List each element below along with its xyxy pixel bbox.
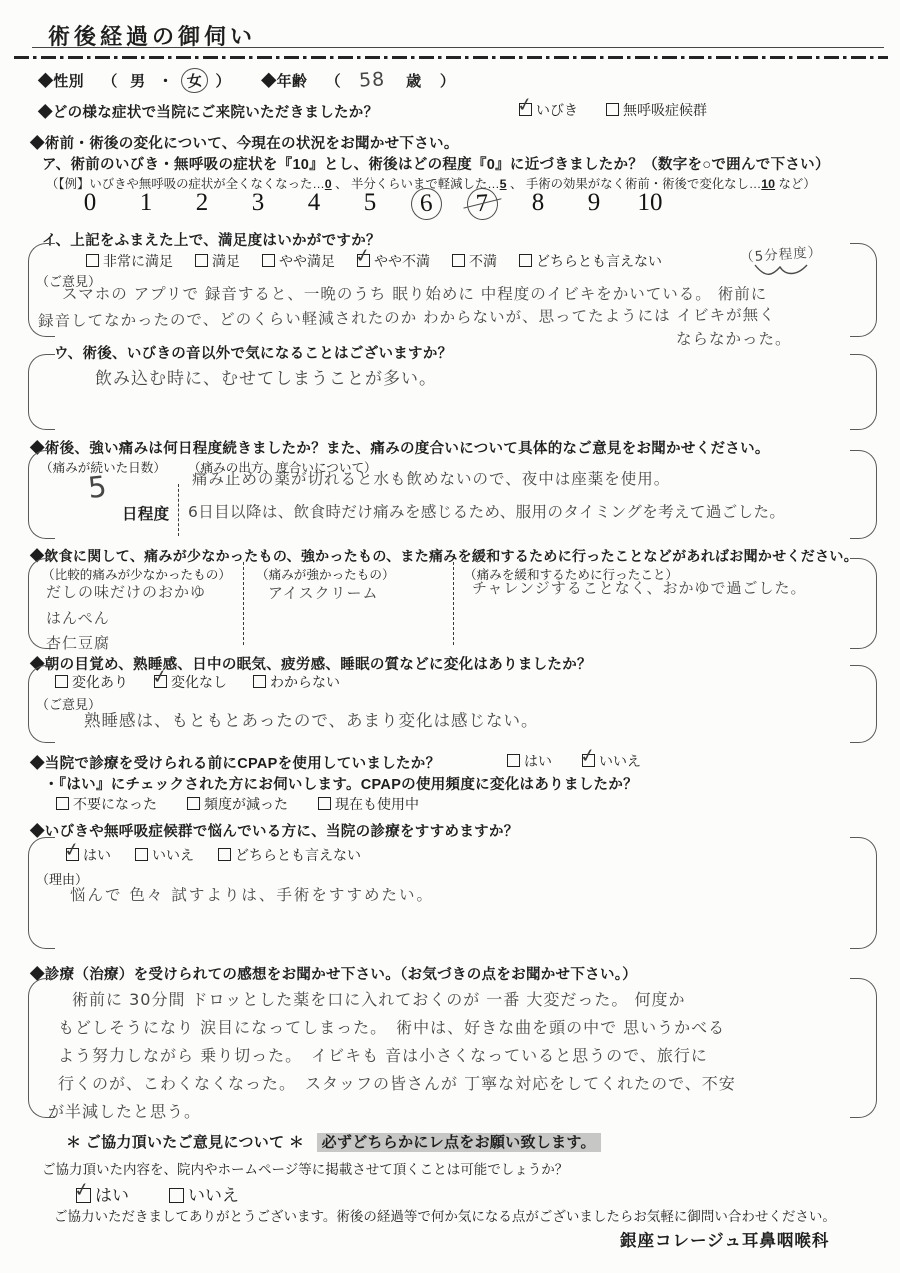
consent-note: ＊ ご協力頂いたご意見について ＊ 必ずどちらかにレ点をお願い致します。 <box>66 1131 601 1152</box>
handwritten-line: だしの味だけのおかゆ <box>46 580 206 606</box>
checkbox-label: やや不満 <box>374 253 430 269</box>
checkbox-label: 変化あり <box>72 674 128 690</box>
gender-label: ◆性別 <box>38 73 84 90</box>
checkbox-label: わからない <box>270 674 340 690</box>
eating-col3-entry: チャレンジすることなく、おかゆで過ごした。 <box>472 577 807 598</box>
checkbox-icon[interactable] <box>135 848 148 861</box>
scale-number[interactable]: 8 <box>510 189 566 219</box>
checkbox-icon[interactable] <box>169 1188 184 1203</box>
scale-number[interactable]: 6 <box>398 189 454 219</box>
scale-number[interactable]: 1 <box>118 189 174 219</box>
checkbox-icon[interactable] <box>519 254 532 267</box>
gender-female-circled[interactable]: 女 <box>179 66 209 94</box>
checkbox-option: 頻度が減った <box>187 794 288 814</box>
annotation-pointer <box>752 262 810 277</box>
pain-days-unit: 日程度 <box>122 502 169 524</box>
sound-answer: 飲み込む時に、むせてしまうことが多い。 <box>95 364 437 389</box>
checkbox-option: わからない <box>253 672 340 692</box>
checkbox-label: 不満 <box>469 253 497 269</box>
checkbox-label: はい <box>524 753 552 769</box>
checkbox-icon[interactable] <box>86 254 99 267</box>
checkbox-icon[interactable] <box>452 254 465 267</box>
checkbox-label: いいえ <box>188 1186 239 1205</box>
symptom-options: いびき無呼吸症候群 <box>519 100 735 120</box>
scale-number[interactable]: 10 <box>622 189 678 219</box>
pain-days-value: 5 <box>86 469 109 505</box>
cpap-q2-options: 不要になった頻度が減った現在も使用中 <box>56 794 449 814</box>
crossed-out-circle-mark: 7 <box>466 187 499 221</box>
checkbox-label: どちらとも言えない <box>536 253 662 269</box>
handwritten-line: もどしそうになり 涙目になってしまった。 術中は、好きな曲を頭の中で 思いうかべ… <box>44 1014 736 1042</box>
scale-number[interactable]: 3 <box>230 189 286 219</box>
checkbox-option: 満足 <box>195 251 240 271</box>
sleep-options: 変化あり変化なしわからない <box>55 672 366 692</box>
checkbox-option: 変化あり <box>55 672 128 692</box>
circled-answer-mark: 6 <box>410 187 443 221</box>
change-line-a: ア、術前のいびき・無呼吸の症状を『10』とし、術後はどの程度『0』に近づきました… <box>42 153 830 174</box>
thanks-message: ご協力いただきましてありがとうございます。術後の経過等で何か気になる点がございま… <box>54 1205 836 1225</box>
checkbox-option: いいえ <box>135 845 194 865</box>
symptom-question: ◆どの様な症状で当院にご来院いただきましたか？ <box>38 101 378 122</box>
title-underline <box>32 47 884 48</box>
checkbox-option: いいえ <box>582 751 641 771</box>
checkbox-icon[interactable] <box>318 797 331 810</box>
handwritten-line: が半減したと思う。 <box>44 1098 736 1126</box>
header-divider <box>14 56 888 59</box>
checkbox-option: どちらとも言えない <box>519 251 662 271</box>
checkbox-option: はい <box>76 1181 129 1206</box>
checkbox-label: はい <box>95 1186 129 1205</box>
checkbox-label: いいえ <box>599 753 641 769</box>
handwritten-line: 行くのが、こわくなくなった。 スタッフの皆さんが 丁寧な対応をしてくれたので、不… <box>44 1070 736 1098</box>
checkbox-icon[interactable] <box>195 254 208 267</box>
checkbox-option: 変化なし <box>154 672 227 692</box>
eating-col1-entries: だしの味だけのおかゆはんぺん杏仁豆腐 <box>46 580 206 657</box>
eating-divider-2 <box>453 562 454 645</box>
checkbox-label: 無呼吸症候群 <box>623 102 707 118</box>
checkbox-label: 現在も使用中 <box>335 796 419 812</box>
checked-checkbox-icon[interactable] <box>582 754 595 767</box>
survey-form-page: 術後経過の御伺い ◆性別 （ 男 ・ 女 ） ◆年齢 （ 58 歳 ） ◆どの様… <box>0 0 900 1273</box>
checkbox-icon[interactable] <box>187 797 200 810</box>
checkbox-icon[interactable] <box>253 675 266 688</box>
eating-col2-label: （痛みが強かったもの） <box>256 564 395 583</box>
consent-options: はいいいえ <box>76 1181 279 1206</box>
severity-scale: 012345678910 <box>62 189 678 219</box>
handwritten-line: 術前に 30分間 ドロッとした薬を口に入れておくのが 一番 大変だった。 何度か <box>44 986 736 1014</box>
age-value-handwritten: 58 <box>359 68 386 91</box>
scale-number[interactable]: 7 <box>454 189 510 219</box>
recommend-options: はいいいえどちらとも言えない <box>66 845 385 865</box>
checkbox-icon[interactable] <box>218 848 231 861</box>
checkbox-option: いいえ <box>169 1181 239 1206</box>
checkbox-icon[interactable] <box>56 797 69 810</box>
checkbox-label: 不要になった <box>73 796 157 812</box>
checkbox-option: 現在も使用中 <box>318 794 419 814</box>
checkbox-option: やや満足 <box>262 251 335 271</box>
scale-number[interactable]: 0 <box>62 189 118 219</box>
handwritten-line: よう努力しながら 乗り切った。 イビキも 音は小さくなっていると思うので、旅行に <box>44 1042 736 1070</box>
gender-male[interactable]: 男 <box>130 73 145 90</box>
checked-checkbox-icon[interactable] <box>154 675 167 688</box>
checkbox-icon[interactable] <box>55 675 68 688</box>
checkbox-icon[interactable] <box>507 754 520 767</box>
checkbox-option: はい <box>66 845 111 865</box>
checkbox-label: はい <box>83 847 111 863</box>
checked-checkbox-icon[interactable] <box>519 103 532 116</box>
checked-checkbox-icon[interactable] <box>76 1188 91 1203</box>
checkbox-label: 非常に満足 <box>103 253 173 269</box>
pain-comment-line2: 6日目以降は、飲食時だけ痛みを感じるため、服用のタイミングを考えて過ごした。 <box>188 500 785 522</box>
checkbox-icon[interactable] <box>262 254 275 267</box>
checkbox-option: 不要になった <box>56 794 157 814</box>
checkbox-label: 変化なし <box>171 674 227 690</box>
consent-question: ご協力頂いた内容を、院内やホームページ等に掲載させて頂くことは可能でしょうか？ <box>42 1158 568 1178</box>
profile-row: ◆性別 （ 男 ・ 女 ） ◆年齢 （ 58 歳 ） <box>38 69 455 92</box>
checkbox-label: 満足 <box>212 253 240 269</box>
handwritten-line: はんぺん <box>46 606 206 632</box>
scale-number[interactable]: 2 <box>174 189 230 219</box>
satisfaction-comment-line3: ならなかった。 <box>676 327 792 349</box>
sleep-comment: 熟睡感は、もともとあったので、あまり変化は感じない。 <box>84 707 539 731</box>
checkbox-option: 不満 <box>452 251 497 271</box>
checkbox-label: いびき <box>536 102 578 118</box>
pain-column-divider <box>178 484 179 536</box>
checkbox-option: はい <box>507 751 552 771</box>
scale-number[interactable]: 4 <box>286 189 342 219</box>
cpap-question-1: ◆当院で診療を受けられる前にCPAPを使用していましたか？ <box>30 752 440 773</box>
checkbox-icon[interactable] <box>606 103 619 116</box>
checkbox-option: 非常に満足 <box>86 251 173 271</box>
eating-col2-entry: アイスクリーム <box>268 582 379 603</box>
checkbox-label: 頻度が減った <box>204 796 288 812</box>
cpap-q1-options: はいいいえ <box>507 751 671 771</box>
clinic-name: 銀座コレージュ耳鼻咽喉科 <box>620 1227 829 1251</box>
checkbox-option: 無呼吸症候群 <box>606 100 707 120</box>
satisfaction-options: 非常に満足満足やや満足やや不満不満どちらとも言えない <box>86 251 684 271</box>
checkbox-option: どちらとも言えない <box>218 845 361 865</box>
age-unit: 歳 <box>406 73 421 90</box>
cpap-question-2: ・『はい』にチェックされた方にお伺いします。CPAPの使用頻度に変化はありました… <box>44 773 638 794</box>
recommend-reason: 悩んで 色々 試すよりは、手術をすすめたい。 <box>70 883 434 905</box>
checked-checkbox-icon[interactable] <box>357 254 370 267</box>
checkbox-label: どちらとも言えない <box>235 847 361 863</box>
checked-checkbox-icon[interactable] <box>66 848 79 861</box>
satisfaction-comment-line1: スマホの アプリで 録音すると、一晩のうち 眠り始めに 中程度のイビキをかいてい… <box>62 282 767 304</box>
eating-divider-1 <box>243 562 244 645</box>
pain-comment-line1: 痛み止めの薬が切れると水も飲めないので、夜中は座薬を使用。 <box>192 467 670 489</box>
change-heading: ◆術前・術後の変化について、今現在の状況をお聞かせ下さい。 <box>30 132 459 153</box>
checkbox-label: やや満足 <box>279 253 335 269</box>
consent-note-highlight: 必ずどちらかにレ点をお願い致します。 <box>317 1133 601 1152</box>
scale-number[interactable]: 5 <box>342 189 398 219</box>
impression-comment: 術前に 30分間 ドロッとした薬を口に入れておくのが 一番 大変だった。 何度か… <box>44 986 736 1126</box>
scale-number[interactable]: 9 <box>566 189 622 219</box>
checkbox-option: やや不満 <box>357 251 430 271</box>
checkbox-label: いいえ <box>152 847 194 863</box>
age-label: ◆年齢 <box>261 73 307 90</box>
checkbox-option: いびき <box>519 100 578 120</box>
